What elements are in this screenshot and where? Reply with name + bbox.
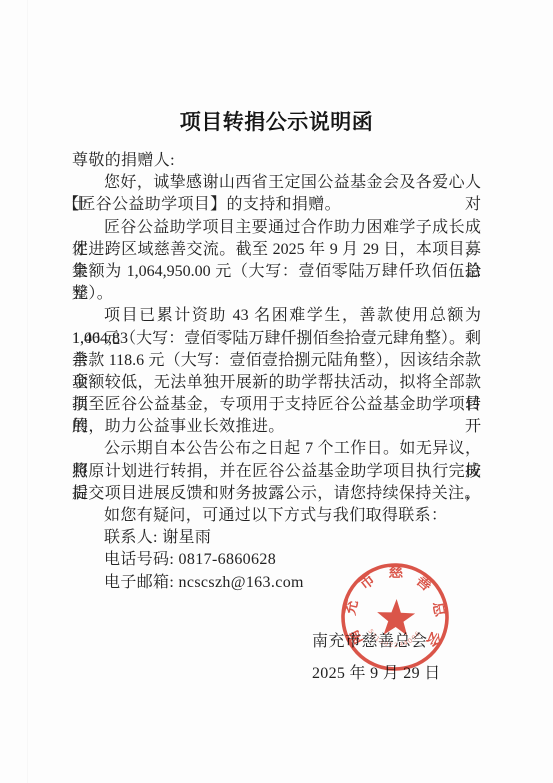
document-line: 尊敬的捐赠人: — [72, 150, 481, 172]
document-line: 公示期自本公告公布之日起 7 个工作日。如无异议，将按 — [72, 438, 481, 460]
svg-text:511302294096: 511302294096 — [366, 628, 423, 650]
document-line: 善款 118.6 元（大写：壹佰壹拾捌元陆角整），因该结余款项 — [72, 350, 481, 372]
document-line: 如您有疑问，可通过以下方式与我们取得联系： — [72, 505, 481, 527]
seal-star-icon — [376, 598, 415, 636]
document-line: 捐至匠谷公益基金，专项用于支持匠谷公益基金助学项目的开 — [72, 394, 481, 416]
document-line: 1.40 元（大写：壹佰零陆万肆仟捌佰叁拾壹元肆角整）。剩余 — [72, 328, 481, 350]
seal-registration-code: 511302294096 — [366, 628, 423, 650]
document-title: 项目转捐公示说明函 — [0, 106, 553, 136]
document-line: 项目已累计资助 43 名困难学生，善款使用总额为 1,064,83 — [72, 305, 481, 327]
document-line: 促进跨区域慈善交流。截至 2025 年 9 月 29 日，本项目募集总 — [72, 239, 481, 261]
document-line: 联系人: 谢星雨 — [72, 527, 481, 549]
document-line: 金额较低，无法单独开展新的助学帮扶活动，拟将全部款项转 — [72, 372, 481, 394]
document-line: 照原计划进行转捐，并在匠谷公益基金助学项目执行完成后， — [72, 461, 481, 483]
document-line: 金额为 1,064,950.00 元（大写：壹佰零陆万肆仟玖佰伍拾元 — [72, 261, 481, 283]
document-line: 提交项目进展反馈和财务披露公示，请您持续保持关注。 — [72, 483, 481, 505]
document-line: 整）。 — [72, 283, 481, 305]
scanned-document-page: 项目转捐公示说明函 尊敬的捐赠人:您好，诚挚感谢山西省王定国公益基金会及各爱心人… — [0, 0, 553, 783]
document-body: 尊敬的捐赠人:您好，诚挚感谢山西省王定国公益基金会及各爱心人士对【匠谷公益助学项… — [72, 150, 481, 594]
official-seal: 南充市慈善总会 511302294096 — [335, 557, 455, 677]
document-line: 您好，诚挚感谢山西省王定国公益基金会及各爱心人士对 — [72, 172, 481, 194]
document-line: 匠谷公益助学项目主要通过合作助力困难学子成长成才， — [72, 217, 481, 239]
